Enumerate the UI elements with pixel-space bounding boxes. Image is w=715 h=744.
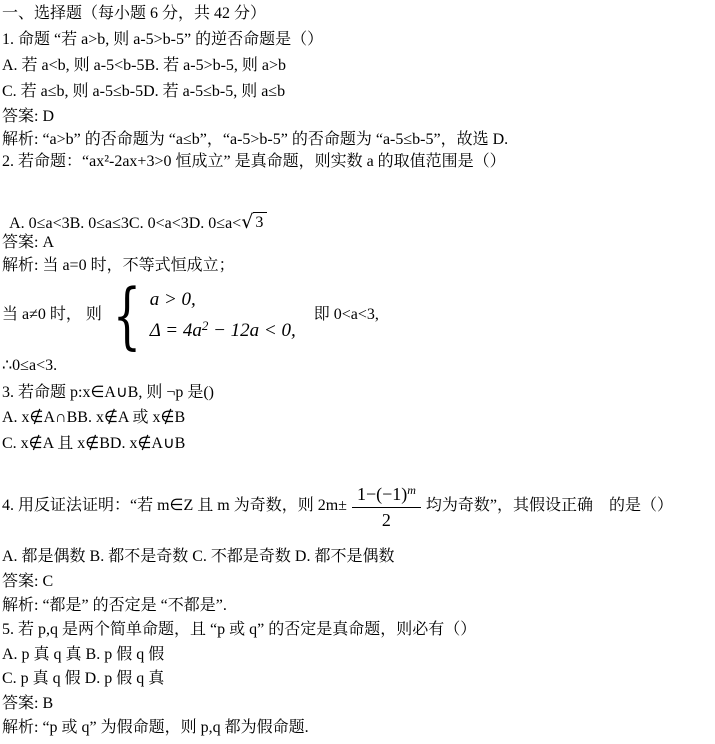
q5-stem: 5. 若 p,q 是两个简单命题，且 “p 或 q” 的否定是真命题，则必有（） [2, 620, 476, 640]
sqrt-expression: √3 [241, 212, 267, 232]
q1-option-cd: C. 若 a≤b, 则 a-5≤b-5D. 若 a-5≤b-5, 则 a≤b [2, 82, 285, 102]
q4-stem: 4. 用反证法证明：“若 m∈Z 且 m 为奇数，则 2m± 1−(−1)m 2… [2, 477, 673, 535]
radicand: 3 [253, 212, 267, 231]
q4-answer: 答案: C [2, 572, 53, 592]
system-lead-text: 当 a≠0 时， 则 [2, 305, 102, 325]
eq2-rest: − 12a < 0, [208, 320, 295, 341]
system-tail-text: 即 0<a<3, [314, 305, 379, 325]
system-eq2: Δ = 4a2 − 12a < 0, [150, 315, 296, 346]
eq2-base: Δ = 4a [150, 320, 202, 341]
numerator-exponent: m [407, 483, 416, 497]
q4-analysis: 解析: “都是” 的否定是 “不都是”. [2, 596, 227, 616]
q3-option-ab: A. x∉A∩BB. x∉A 或 x∉B [2, 408, 185, 428]
q2-answer: 答案: A [2, 233, 54, 253]
fraction-numerator: 1−(−1)m [352, 482, 421, 508]
q3-stem: 3. 若命题 p:x∈A∪B, 则 ¬p 是() [2, 383, 214, 403]
section-title: 一、选择题（每小题 6 分，共 42 分） [2, 4, 266, 24]
q1-stem: 1. 命题 “若 a>b, 则 a-5>b-5” 的逆否命题是（） [2, 30, 323, 50]
q5-option-ab: A. p 真 q 真 B. p 假 q 假 [2, 645, 164, 665]
system-eq1: a > 0, [150, 284, 296, 315]
q4-stem-pre: 4. 用反证法证明：“若 m∈Z 且 m 为奇数，则 2m± [2, 496, 347, 516]
left-brace: { [113, 283, 141, 347]
q1-answer: 答案: D [2, 107, 54, 127]
q2-conclusion: ∴0≤a<3. [2, 356, 57, 376]
system-equations: a > 0, Δ = 4a2 − 12a < 0, [150, 284, 296, 346]
fraction-denominator: 2 [382, 508, 391, 531]
q5-answer: 答案: B [2, 694, 53, 714]
q3-option-cd: C. x∉A 且 x∉BD. x∉A∪B [2, 434, 185, 454]
q4-stem-post: 均为奇数”，其假设正确 的是（） [426, 496, 673, 516]
q1-option-ab: A. 若 a<b, 则 a-5<b-5B. 若 a-5>b-5, 则 a>b [2, 56, 286, 76]
q5-analysis: 解析: “p 或 q” 为假命题，则 p,q 都为假命题. [2, 718, 309, 738]
radical-sign: √ [241, 212, 253, 232]
q2-options: A. 0≤a<3B. 0≤a≤3C. 0<a<3D. 0≤a<√3 [2, 192, 267, 234]
worksheet-page: { "section_title": "一、选择题（每小题 6 分，共 42 分… [0, 0, 715, 744]
q1-analysis: 解析: “a>b” 的否命题为 “a≤b”，“a-5>b-5” 的否命题为 “a… [2, 130, 508, 150]
numerator-base: 1−(−1) [357, 484, 407, 504]
q2-stem: 2. 若命题：“ax²-2ax+3>0 恒成立” 是真命题，则实数 a 的取值范… [2, 152, 506, 172]
fraction: 1−(−1)m 2 [352, 482, 421, 531]
q5-option-cd: C. p 真 q 假 D. p 假 q 真 [2, 669, 164, 689]
q4-options: A. 都是偶数 B. 都不是奇数 C. 不都是奇数 D. 都不是偶数 [2, 547, 394, 567]
q2-analysis-system: 当 a≠0 时， 则 { a > 0, Δ = 4a2 − 12a < 0, 即… [2, 280, 379, 350]
q2-options-text: A. 0≤a<3B. 0≤a≤3C. 0<a<3D. 0≤a< [9, 215, 241, 232]
